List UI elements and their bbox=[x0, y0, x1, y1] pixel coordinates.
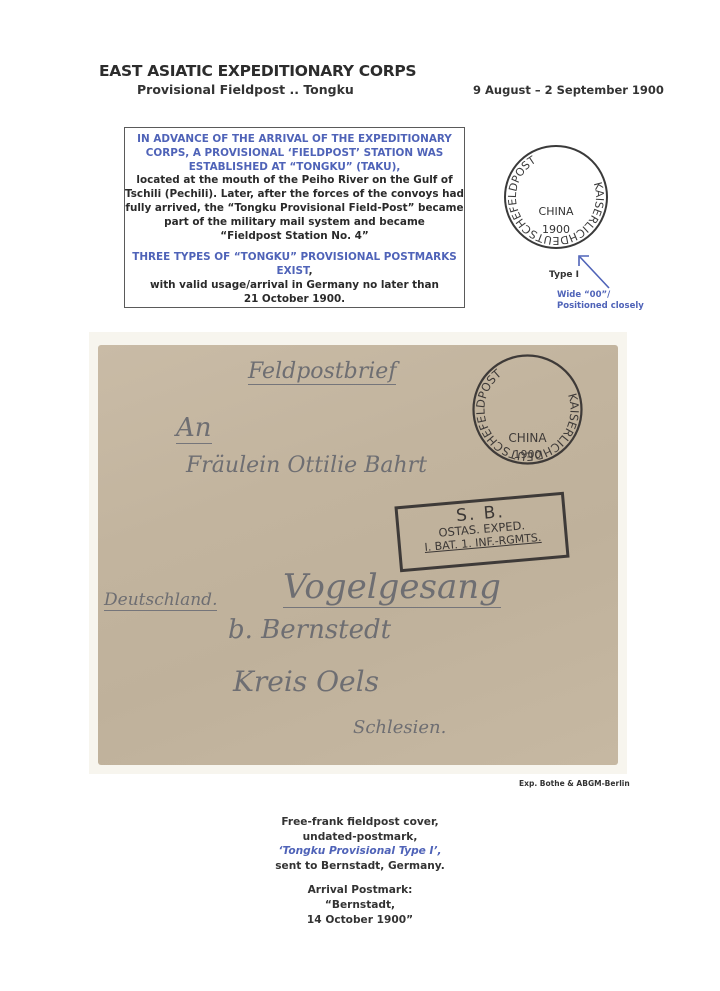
info-box: IN ADVANCE OF THE ARRIVAL OF THE EXPEDIT… bbox=[124, 127, 465, 308]
arrow-icon bbox=[575, 252, 615, 292]
info-lead-1: IN ADVANCE OF THE ARRIVAL OF THE EXPEDIT… bbox=[125, 133, 464, 147]
info-body-3: fully arrived, the “Tongku Provisional F… bbox=[125, 202, 464, 216]
info-validity-2: 21 October 1900. bbox=[125, 293, 464, 307]
svg-text:1900: 1900 bbox=[514, 448, 542, 461]
handwriting-via: b. Bernstedt bbox=[228, 615, 391, 645]
svg-text:CHINA: CHINA bbox=[508, 431, 547, 445]
cover-caption: Free-frank fieldpost cover, undated-post… bbox=[240, 815, 480, 927]
handwriting-province: Schlesien. bbox=[353, 717, 446, 738]
svg-text:CHINA: CHINA bbox=[539, 205, 574, 218]
expertise-credit: Exp. Bothe & ABGM-Berlin bbox=[519, 779, 630, 788]
info-validity-1: with valid usage/arrival in Germany no l… bbox=[125, 279, 464, 293]
info-body-5: “Fieldpost Station No. 4” bbox=[125, 230, 464, 244]
handwriting-recipient: Fräulein Ottilie Bahrt bbox=[186, 453, 427, 478]
info-body-2: Tschili (Pechili). Later, after the forc… bbox=[125, 188, 464, 202]
type-note: Wide “00”/ Positioned closely bbox=[557, 290, 644, 312]
handwriting-district: Kreis Oels bbox=[233, 665, 379, 698]
page-title: EAST ASIATIC EXPEDITIONARY CORPS bbox=[99, 62, 416, 80]
info-body-1: located at the mouth of the Peiho River … bbox=[125, 174, 464, 188]
postmark-reference-icon: KAISERLICHDEUTSCHEFELDPOST CHINA 1900 bbox=[502, 143, 610, 251]
handwriting-header: Feldpostbrief bbox=[248, 359, 396, 385]
info-lead-3: ESTABLISHED AT “TONGKU” (TAKU), bbox=[125, 161, 464, 175]
info-types: THREE TYPES OF “TONGKU” PROVISIONAL POST… bbox=[125, 251, 464, 279]
type-label: Type I bbox=[549, 270, 579, 280]
cover-postmark-icon: KAISERLICHDEUTSCHEFELDPOST CHINA 1900 bbox=[470, 352, 585, 467]
info-types-heading: THREE TYPES OF “TONGKU” PROVISIONAL POST… bbox=[132, 251, 456, 277]
info-body-4: part of the military mail system and bec… bbox=[125, 216, 464, 230]
info-lead-2: CORPS, A PROVISIONAL ‘FIELDPOST’ STATION… bbox=[125, 147, 464, 161]
handwriting-an: An bbox=[176, 413, 212, 444]
date-range: 9 August – 2 September 1900 bbox=[473, 83, 664, 97]
page-subtitle: Provisional Fieldpost .. Tongku bbox=[137, 82, 354, 97]
caption-type: ‘Tongku Provisional Type I’, bbox=[240, 844, 480, 859]
handwriting-country: Deutschland. bbox=[104, 590, 217, 611]
svg-text:1900: 1900 bbox=[542, 223, 570, 236]
handwriting-place: Vogelgesang bbox=[283, 567, 501, 608]
